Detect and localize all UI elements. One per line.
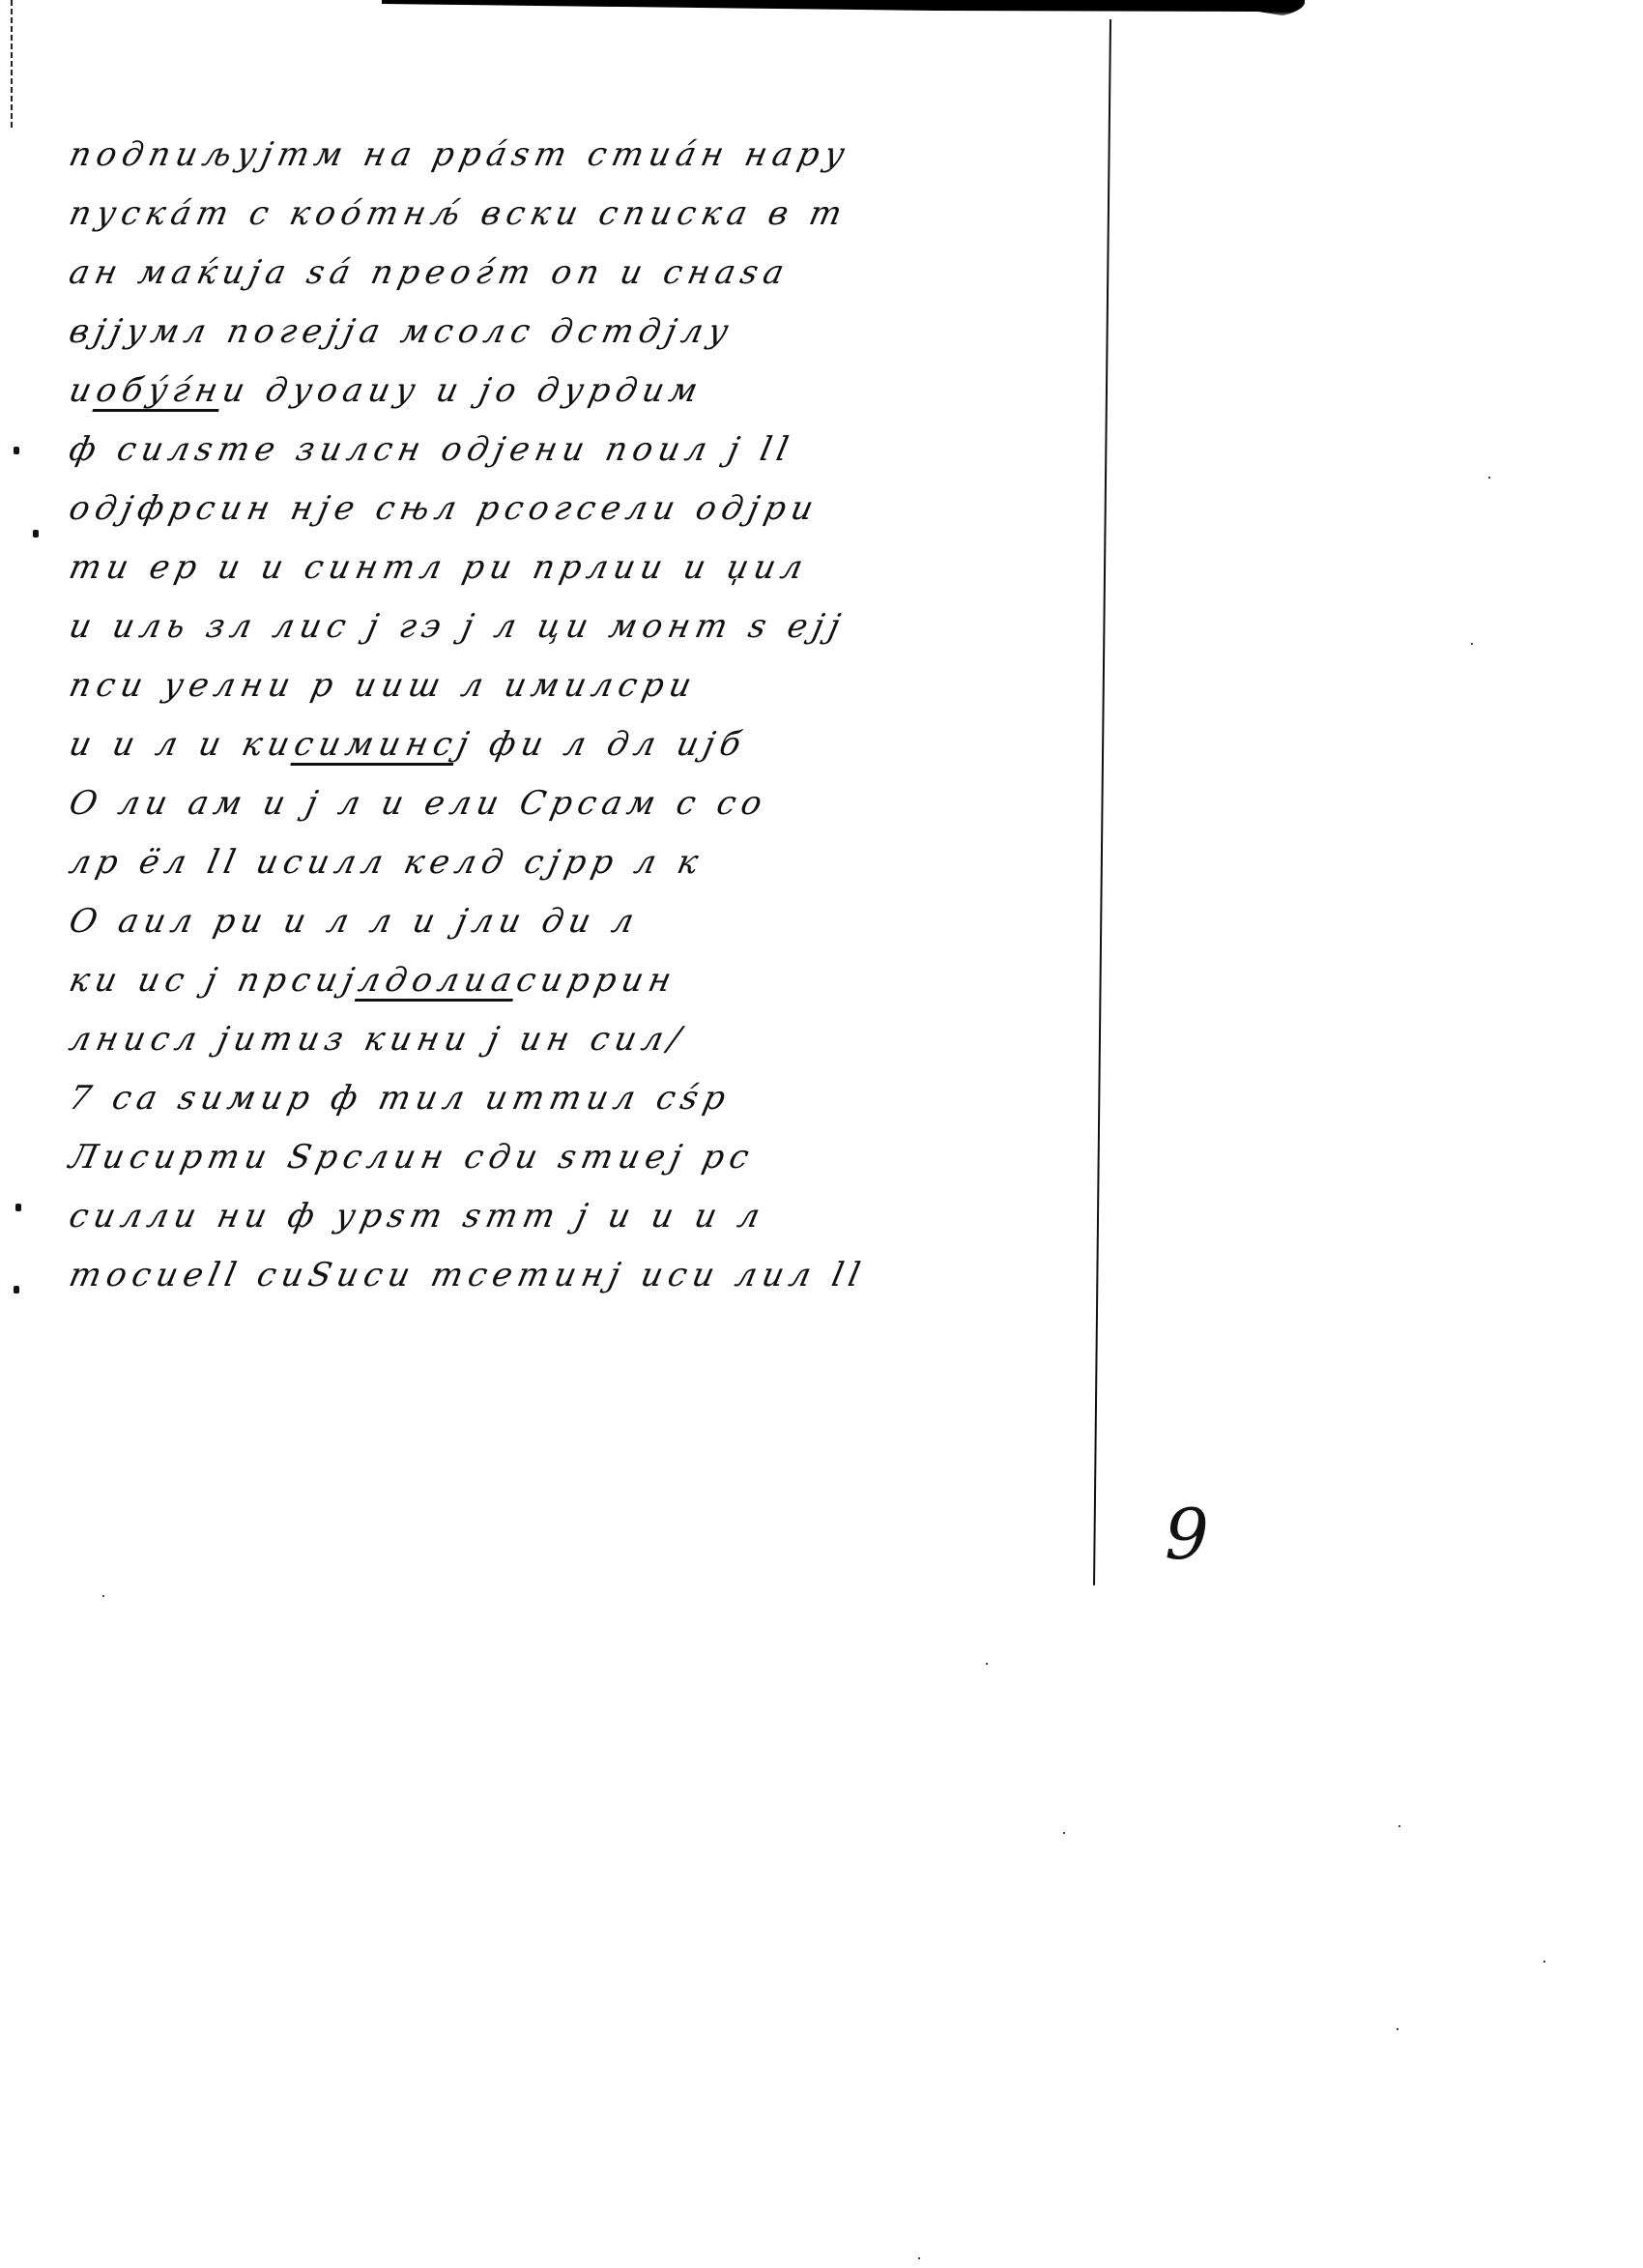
underlined-word: обу́ѓн (93, 371, 227, 410)
underlined-word: лдолиа (355, 961, 521, 1000)
scan-speck (1471, 643, 1473, 645)
scan-speck (1063, 1832, 1065, 1834)
text-line: Лисирти Ѕрслин сди ѕтиеј рс (62, 1138, 1118, 1197)
text-line: ф силѕте зилсн одјени поил ј ll (62, 430, 1118, 489)
line-text: одјфрсин нје сњл рсогсели одјри (66, 489, 822, 528)
text-line: пси уелни р ииш л имилсри (62, 666, 1118, 725)
text-line: лнисл јитиз кини ј ин сил/ (62, 1020, 1118, 1079)
text-line: О аил ри и л л и јли ди л (62, 902, 1118, 961)
text-line: и иль зл лис ј гэ ј л ци монт ѕ ејј (62, 607, 1118, 666)
line-text: вјјумл погејја мсолс дстдјлу (66, 312, 737, 351)
underlined-word: симинс (291, 725, 462, 764)
scan-speck (1543, 1961, 1545, 1963)
line-text: и дуоаиу и јо дурдим (218, 371, 706, 410)
scanned-manuscript-page: подпиљујтм на рра́ѕт стиа́н нару пуска́т… (0, 0, 1643, 2268)
line-text: подпиљујтм на рра́ѕт стиа́н нару (66, 135, 854, 174)
scan-speck (918, 2257, 920, 2259)
line-text: ан маќија ѕа́ преоѓт оп и снаѕа (66, 253, 793, 292)
text-line: О ли ам и ј л и ели Срсам с со (62, 784, 1118, 843)
text-line: ки ис ј прсиј лдолиа сиррин (62, 961, 1118, 1020)
line-text: лр ёл ll исилл келд сјрр л к (66, 843, 707, 882)
scan-speck (1488, 477, 1490, 479)
line-text: пси уелни р ииш л имилсри (66, 666, 701, 705)
text-line: и и л и ки симинс ј фи л дл ијб (62, 725, 1118, 784)
line-text: 7 са ѕимир ф тил иттил сѕ́р (66, 1079, 735, 1118)
line-text: сиррин (513, 961, 680, 1000)
text-line: и обу́ѓн и дуоаиу и јо дурдим (62, 371, 1118, 430)
line-text: Лисирти Ѕрслин сди ѕтиеј рс (66, 1138, 758, 1177)
line-text: О ли ам и ј л и ели Срсам с со (66, 784, 771, 823)
scan-speck (1397, 2028, 1398, 2030)
handwritten-text-block: подпиљујтм на рра́ѕт стиа́н нару пуска́т… (68, 135, 1111, 1315)
line-text: тосиеll сиЅиси тсетинј иси лил ll (66, 1256, 869, 1294)
text-line: ан маќија ѕа́ преоѓт оп и снаѕа (62, 253, 1118, 312)
text-line: тосиеll сиЅиси тсетинј иси лил ll (62, 1256, 1118, 1315)
line-text: ф силѕте зилсн одјени поил ј ll (66, 430, 797, 469)
scan-speck (102, 1595, 104, 1597)
margin-bullet-mark (15, 1204, 21, 1211)
line-text: и иль зл лис ј гэ ј л ци монт ѕ ејј (66, 607, 850, 646)
text-line: 7 са ѕимир ф тил иттил сѕ́р (62, 1079, 1118, 1138)
line-text: О аил ри и л л и јли ди л (66, 902, 643, 941)
margin-bullet-mark (14, 1286, 19, 1294)
line-text: лнисл јитиз кини ј ин сил/ (66, 1020, 690, 1059)
margin-bullet-mark (14, 447, 19, 454)
page-number: 9 (1165, 1494, 1209, 1575)
line-text: ки ис ј прсиј (66, 961, 363, 1000)
text-line: подпиљујтм на рра́ѕт стиа́н нару (62, 135, 1118, 194)
text-line: одјфрсин нје сњл рсогсели одјри (62, 489, 1118, 548)
left-page-edge (11, 0, 13, 131)
text-line: пуска́т с коо́тнљ́ вски списка в т (62, 194, 1118, 253)
text-line: ти ер и и синтл ри прлии и џил (62, 548, 1118, 607)
line-text: пуска́т с коо́тнљ́ вски списка в т (66, 194, 850, 233)
line-text: ти ер и и синтл ри прлии и џил (66, 548, 812, 587)
scan-speck (1398, 1825, 1400, 1827)
top-edge-ink-smear (382, 0, 1305, 19)
margin-bullet-mark (33, 530, 39, 538)
text-line: вјјумл погејја мсолс дстдјлу (62, 312, 1118, 371)
line-text: и и л и ки (66, 725, 299, 764)
line-text: силли ни ф урѕт ѕтт ј и и и л (66, 1197, 769, 1236)
scan-speck (986, 1663, 988, 1665)
text-line: лр ёл ll исилл келд сјрр л к (62, 843, 1118, 902)
line-text: ј фи л дл ијб (453, 725, 750, 764)
text-line: силли ни ф урѕт ѕтт ј и и и л (62, 1197, 1118, 1256)
